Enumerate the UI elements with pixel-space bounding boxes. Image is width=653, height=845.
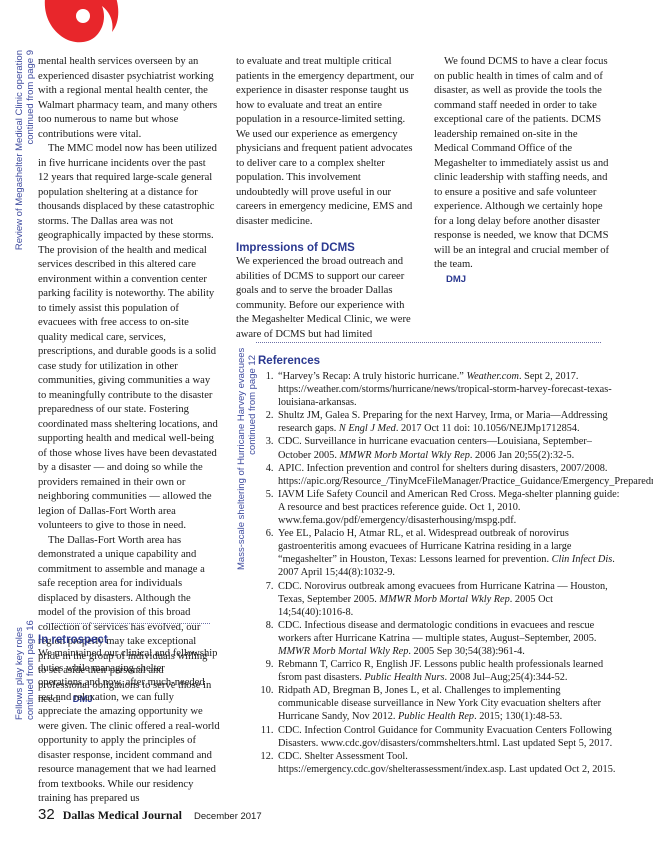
page-number: 32 (38, 806, 55, 823)
section-heading: Impressions of DCMS (236, 241, 416, 255)
paragraph: to evaluate and treat multiple critical … (236, 55, 416, 229)
references-heading: References (258, 354, 623, 368)
reference-item: Yee EL, Palacio H, Atmar RL, et al. Wide… (276, 527, 623, 579)
paragraph: We experienced the broad outreach and ab… (236, 255, 414, 343)
reference-item: CDC. Surveillance in hurricane evacuatio… (276, 435, 623, 461)
reference-item: CDC. Shelter Assessment Tool. https://em… (276, 750, 623, 776)
section-heading: In retrospect (38, 633, 220, 647)
reference-item: Shultz JM, Galea S. Preparing for the ne… (276, 409, 623, 435)
paragraph: The MMC model now has been utilized in f… (38, 142, 218, 534)
paragraph: DMJ (434, 273, 614, 288)
paragraph: mental health services overseen by an ex… (38, 55, 218, 142)
section-divider (46, 623, 210, 624)
paragraph: We found DCMS to have a clear focus on p… (434, 55, 614, 273)
continued-from-label: Fellows play key roles continued from pa… (14, 638, 36, 720)
reference-item: CDC. Norovirus outbreak among evacuees f… (276, 580, 623, 619)
continued-from-label: Review of Megashelter Medical Clinic ope… (14, 50, 36, 300)
reference-item: IAVM Life Safety Council and American Re… (276, 488, 623, 527)
article-column-1: mental health services overseen by an ex… (38, 55, 218, 708)
hurricane-icon (38, 0, 122, 46)
section-divider (256, 342, 601, 343)
page-footer: 32 Dallas Medical Journal December 2017 (38, 806, 262, 823)
paragraph: We maintained our clinical and fellowshi… (38, 647, 220, 807)
article-in-retrospect: In retrospect We maintained our clinical… (38, 633, 220, 807)
signature: DMJ (446, 274, 466, 285)
reference-item: “Harvey’s Recap: A truly historic hurric… (276, 370, 623, 409)
article-column-2: to evaluate and treat multiple critical … (236, 55, 416, 343)
article-column-3: We found DCMS to have a clear focus on p… (434, 55, 614, 287)
reference-item: Ridpath AD, Bregman B, Jones L, et al. C… (276, 684, 623, 723)
references-section: References “Harvey’s Recap: A truly hist… (258, 354, 623, 776)
reference-item: Rebmann T, Carrico R, English JF. Lesson… (276, 658, 623, 684)
references-list: “Harvey’s Recap: A truly historic hurric… (258, 370, 623, 776)
reference-item: CDC. Infection Control Guidance for Comm… (276, 724, 623, 750)
journal-title: Dallas Medical Journal (63, 808, 182, 823)
continued-from-label: Mass-scale sheltering of Hurricane Harve… (236, 355, 258, 570)
issue-date: December 2017 (194, 811, 262, 822)
reference-item: APIC. Infection prevention and control f… (276, 462, 623, 488)
reference-item: CDC. Infectious disease and dermatologic… (276, 619, 623, 658)
